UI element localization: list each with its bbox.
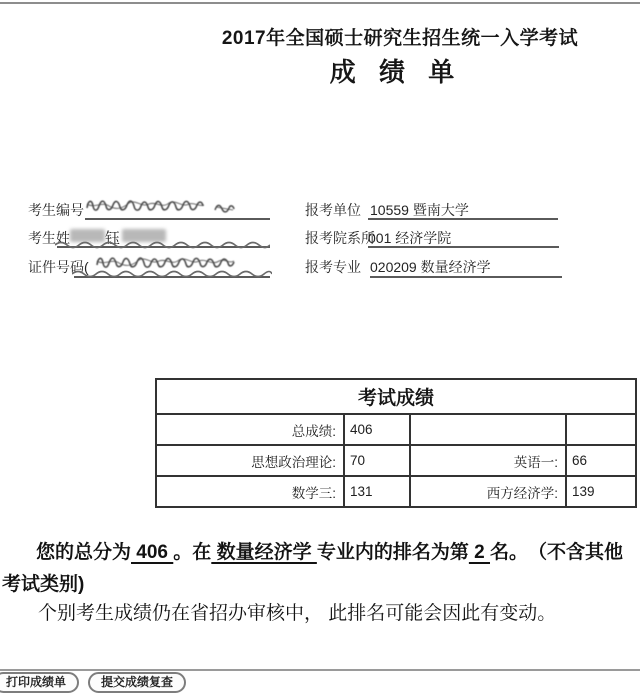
economics-value: 139 xyxy=(566,476,636,507)
empty-cell xyxy=(566,414,636,445)
math-label: 数学三: xyxy=(156,476,344,507)
summary-major: 数量经济学 xyxy=(211,542,317,563)
math-value: 131 xyxy=(344,476,410,507)
summary-seg: 您的总分为 xyxy=(36,542,131,563)
score-table-header-row: 考试成绩 xyxy=(156,379,636,414)
politics-value: 70 xyxy=(344,445,410,476)
apply-unit-value: 10559 暨南大学 xyxy=(370,200,469,220)
apply-dept-value: 001 经济学院 xyxy=(368,228,451,248)
economics-label: 西方经济学: xyxy=(410,476,566,507)
score-table: 考试成绩 总成绩: 406 思想政治理论: 70 英语一: 66 数学三: 13… xyxy=(155,378,637,508)
table-row: 数学三: 131 西方经济学: 139 xyxy=(156,476,636,507)
apply-major-underline xyxy=(370,276,562,278)
candidate-number-label: 考生编号 xyxy=(28,200,84,220)
bottom-divider xyxy=(0,669,640,671)
total-score-label: 总成绩: xyxy=(156,414,344,445)
apply-major-value: 020209 数量经济学 xyxy=(370,257,491,277)
summary-rank: 2 xyxy=(469,542,490,563)
empty-cell xyxy=(410,414,566,445)
apply-unit-label: 报考单位 xyxy=(305,200,361,220)
summary-seg: 。在 xyxy=(173,542,211,563)
summary-total-score: 406 xyxy=(131,542,173,563)
page-title: 成 绩 单 xyxy=(0,52,640,89)
summary-seg: 专业内的排名为第 xyxy=(317,542,469,563)
apply-major-label: 报考专业 xyxy=(305,257,361,277)
score-table-title: 考试成绩 xyxy=(156,379,636,414)
apply-dept-label: 报考院系所 xyxy=(305,228,375,248)
redaction-scribble-small xyxy=(213,201,235,215)
candidate-number-underline xyxy=(85,218,270,220)
score-report-page: 2017年全国硕士研究生招生统一入学考试 成 绩 单 考生编号 考生姓 钰 证件… xyxy=(0,0,640,693)
apply-unit-underline xyxy=(368,218,558,220)
total-score-value: 406 xyxy=(344,414,410,445)
table-row: 总成绩: 406 xyxy=(156,414,636,445)
summary-note: 个别考生成绩仍在省招办审核中， 此排名可能会因此有变动。 xyxy=(38,598,556,625)
english-label: 英语一: xyxy=(410,445,566,476)
top-divider xyxy=(0,2,640,4)
exam-title: 2017年全国硕士研究生招生统一入学考试 xyxy=(0,23,640,50)
summary-line-1: 您的总分为 406 。在 数量经济学 专业内的排名为第 2 名。 （不含其他 xyxy=(36,537,623,564)
print-report-button[interactable]: 打印成绩单 xyxy=(0,672,79,693)
table-row: 思想政治理论: 70 英语一: 66 xyxy=(156,445,636,476)
redaction-scribble-candidate-number xyxy=(84,197,206,214)
wavy-strike-name xyxy=(55,239,270,251)
apply-dept-underline xyxy=(368,246,559,248)
summary-seg: 名。 （不含其他 xyxy=(490,542,623,563)
politics-label: 思想政治理论: xyxy=(156,445,344,476)
submit-recheck-button[interactable]: 提交成绩复查 xyxy=(88,672,186,693)
wavy-strike-id xyxy=(72,268,272,280)
english-value: 66 xyxy=(566,445,636,476)
summary-line-2: 考试类别) xyxy=(2,569,84,596)
